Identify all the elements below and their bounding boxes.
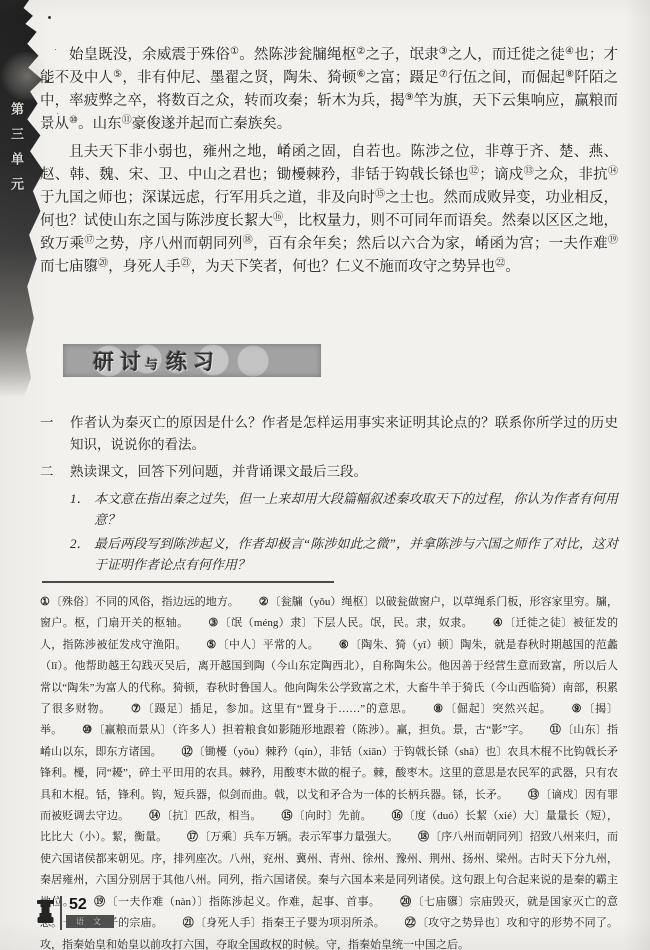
subquestion-text: 本文意在指出秦之过失，但一上来却用大段篇幅叙述秦攻取天下的过程，你认为作者有何用… <box>94 488 618 530</box>
footnote-number: ⑰ <box>187 831 198 843</box>
page-number: 52 <box>62 896 114 913</box>
footnote-item: ⑮〔向时〕先前。 <box>281 810 371 822</box>
textbook-page: { "page": { "unit_label": "第三单元", "page_… <box>0 0 650 950</box>
footnote-item: ⑰〔万乘〕兵车万辆。表示军事力量强大。 <box>187 831 398 843</box>
subquestion-item: 2． 最后两段写到陈涉起义，作者却极言“陈涉如此之微”，并拿陈涉与六国之师作了对… <box>70 533 618 575</box>
floral-decoration <box>2 52 44 100</box>
lesson-paragraph-2: 且夫天下非小弱也，雍州之地，崤函之固，自若也。陈涉之位，非尊于齐、楚、燕、赵、韩… <box>40 141 618 279</box>
page-background: 第三单元 始皇既没，余威震于殊俗①。然陈涉瓮牖绳枢②之子，氓隶③之人，而迁徙之徒… <box>0 0 650 950</box>
unit-label: 第三单元 <box>7 102 26 202</box>
question-item: 二 熟读课文，回答下列问题，并背诵课文最后三段。 <box>40 461 618 483</box>
footnote-separator <box>42 581 334 583</box>
footnote-number: ① <box>40 596 50 608</box>
banner-text-part: 研讨 <box>93 346 147 376</box>
footnote-number: ⑳ <box>400 896 411 908</box>
subquestion-item: 1． 本文意在指出秦之过失，但一上来却用大段篇幅叙述秦攻取天下的过程，你认为作者… <box>70 488 618 530</box>
banner-text-part: 练习 <box>166 346 220 376</box>
footnote-number: ⑦ <box>131 703 142 715</box>
footnote-number: ⑮ <box>281 810 292 822</box>
footnote-item: ㉑〔身死人手〕指秦王子婴为项羽所杀。 <box>183 917 385 929</box>
footnote-number: ⑥ <box>339 639 349 651</box>
vessel-icon <box>36 900 55 927</box>
footnote-item: ⑤〔中人〕平常的人。 <box>206 639 319 651</box>
footnote-number: ⑭ <box>149 810 160 822</box>
question-number: 二 <box>40 461 70 483</box>
footnote-item: ⑦〔蹑足〕插足，参加。这里有“置身于……”的意思。 <box>131 703 413 715</box>
footnote-number: ⑫ <box>182 746 193 758</box>
footnote-number: ⑱ <box>418 831 429 843</box>
banner-text-part: 与 <box>145 354 164 373</box>
subquestion-text: 最后两段写到陈涉起义，作者却极言“陈涉如此之微”，并拿陈涉与六国之师作了对比，这… <box>94 533 618 575</box>
footnote-number: ⑬ <box>528 789 539 801</box>
question-number: 一 <box>40 412 70 456</box>
ink-specks <box>48 16 51 19</box>
footnote-item: ⑧〔倔起〕突然兴起。 <box>433 703 552 715</box>
footnote-number: ⑤ <box>206 639 216 651</box>
footnotes-block: ①〔殊俗〕不同的风俗，指边远的地方。②〔瓮牖（yǒu）绳枢〕以破瓮做窗户，以草绳… <box>40 592 618 950</box>
footnote-number: ④ <box>493 617 503 629</box>
subject-bar: 语文 <box>66 915 114 928</box>
footnote-item: ①〔殊俗〕不同的风俗，指边远的地方。 <box>40 596 239 608</box>
footnote-number: ㉒ <box>405 917 416 929</box>
question-item: 一 作者认为秦灭亡的原因是什么？作者是怎样运用事实来证明其论点的？联系你所学过的… <box>40 412 618 456</box>
footnote-number: ⑯ <box>392 810 403 822</box>
footnote-item: ⑩〔赢粮而景从〕（许多人）担着粮食如影随形地跟着（陈涉）。赢，担负。景，古“影”… <box>82 724 530 736</box>
lesson-paragraph-1: 始皇既没，余威震于殊俗①。然陈涉瓮牖绳枢②之子，氓隶③之人，而迁徙之徒④也；才能… <box>40 44 618 136</box>
exercise-banner-title: 研讨 与 练习 <box>93 346 220 376</box>
question-text: 熟读课文，回答下列问题，并背诵课文最后三段。 <box>70 461 618 483</box>
footnote-number: ② <box>259 596 269 608</box>
page-info: 52 语文 <box>62 896 114 928</box>
footnote-item: ③〔氓（méng）隶〕下层人民。氓，民。隶，奴隶。 <box>208 617 473 629</box>
footnote-number: ⑨ <box>572 703 583 715</box>
footnote-number: ⑪ <box>550 724 561 736</box>
footnote-item: ⑭〔抗〕匹敌，相当。 <box>149 810 262 822</box>
footnote-number: ⑧ <box>433 703 444 715</box>
exercise-banner: 研讨 与 练习 <box>63 344 321 377</box>
page-footer: 52 语文 <box>36 896 114 930</box>
footnote-number: ③ <box>208 617 218 629</box>
subquestion-number: 1． <box>70 488 94 530</box>
subquestion-number: 2． <box>70 533 94 575</box>
exercise-questions: 一 作者认为秦灭亡的原因是什么？作者是怎样运用事实来证明其论点的？联系你所学过的… <box>40 412 618 578</box>
footnote-number: ⑩ <box>82 724 92 736</box>
footnote-item: ⑲〔一夫作难（nàn）〕指陈涉起义。作难，起事、首事。 <box>94 896 380 908</box>
lesson-text: 始皇既没，余威震于殊俗①。然陈涉瓮牖绳枢②之子，氓隶③之人，而迁徙之徒④也；才能… <box>40 44 618 279</box>
question-text: 作者认为秦灭亡的原因是什么？作者是怎样运用事实来证明其论点的？联系你所学过的历史… <box>70 412 618 456</box>
footnote-number: ㉑ <box>183 917 194 929</box>
